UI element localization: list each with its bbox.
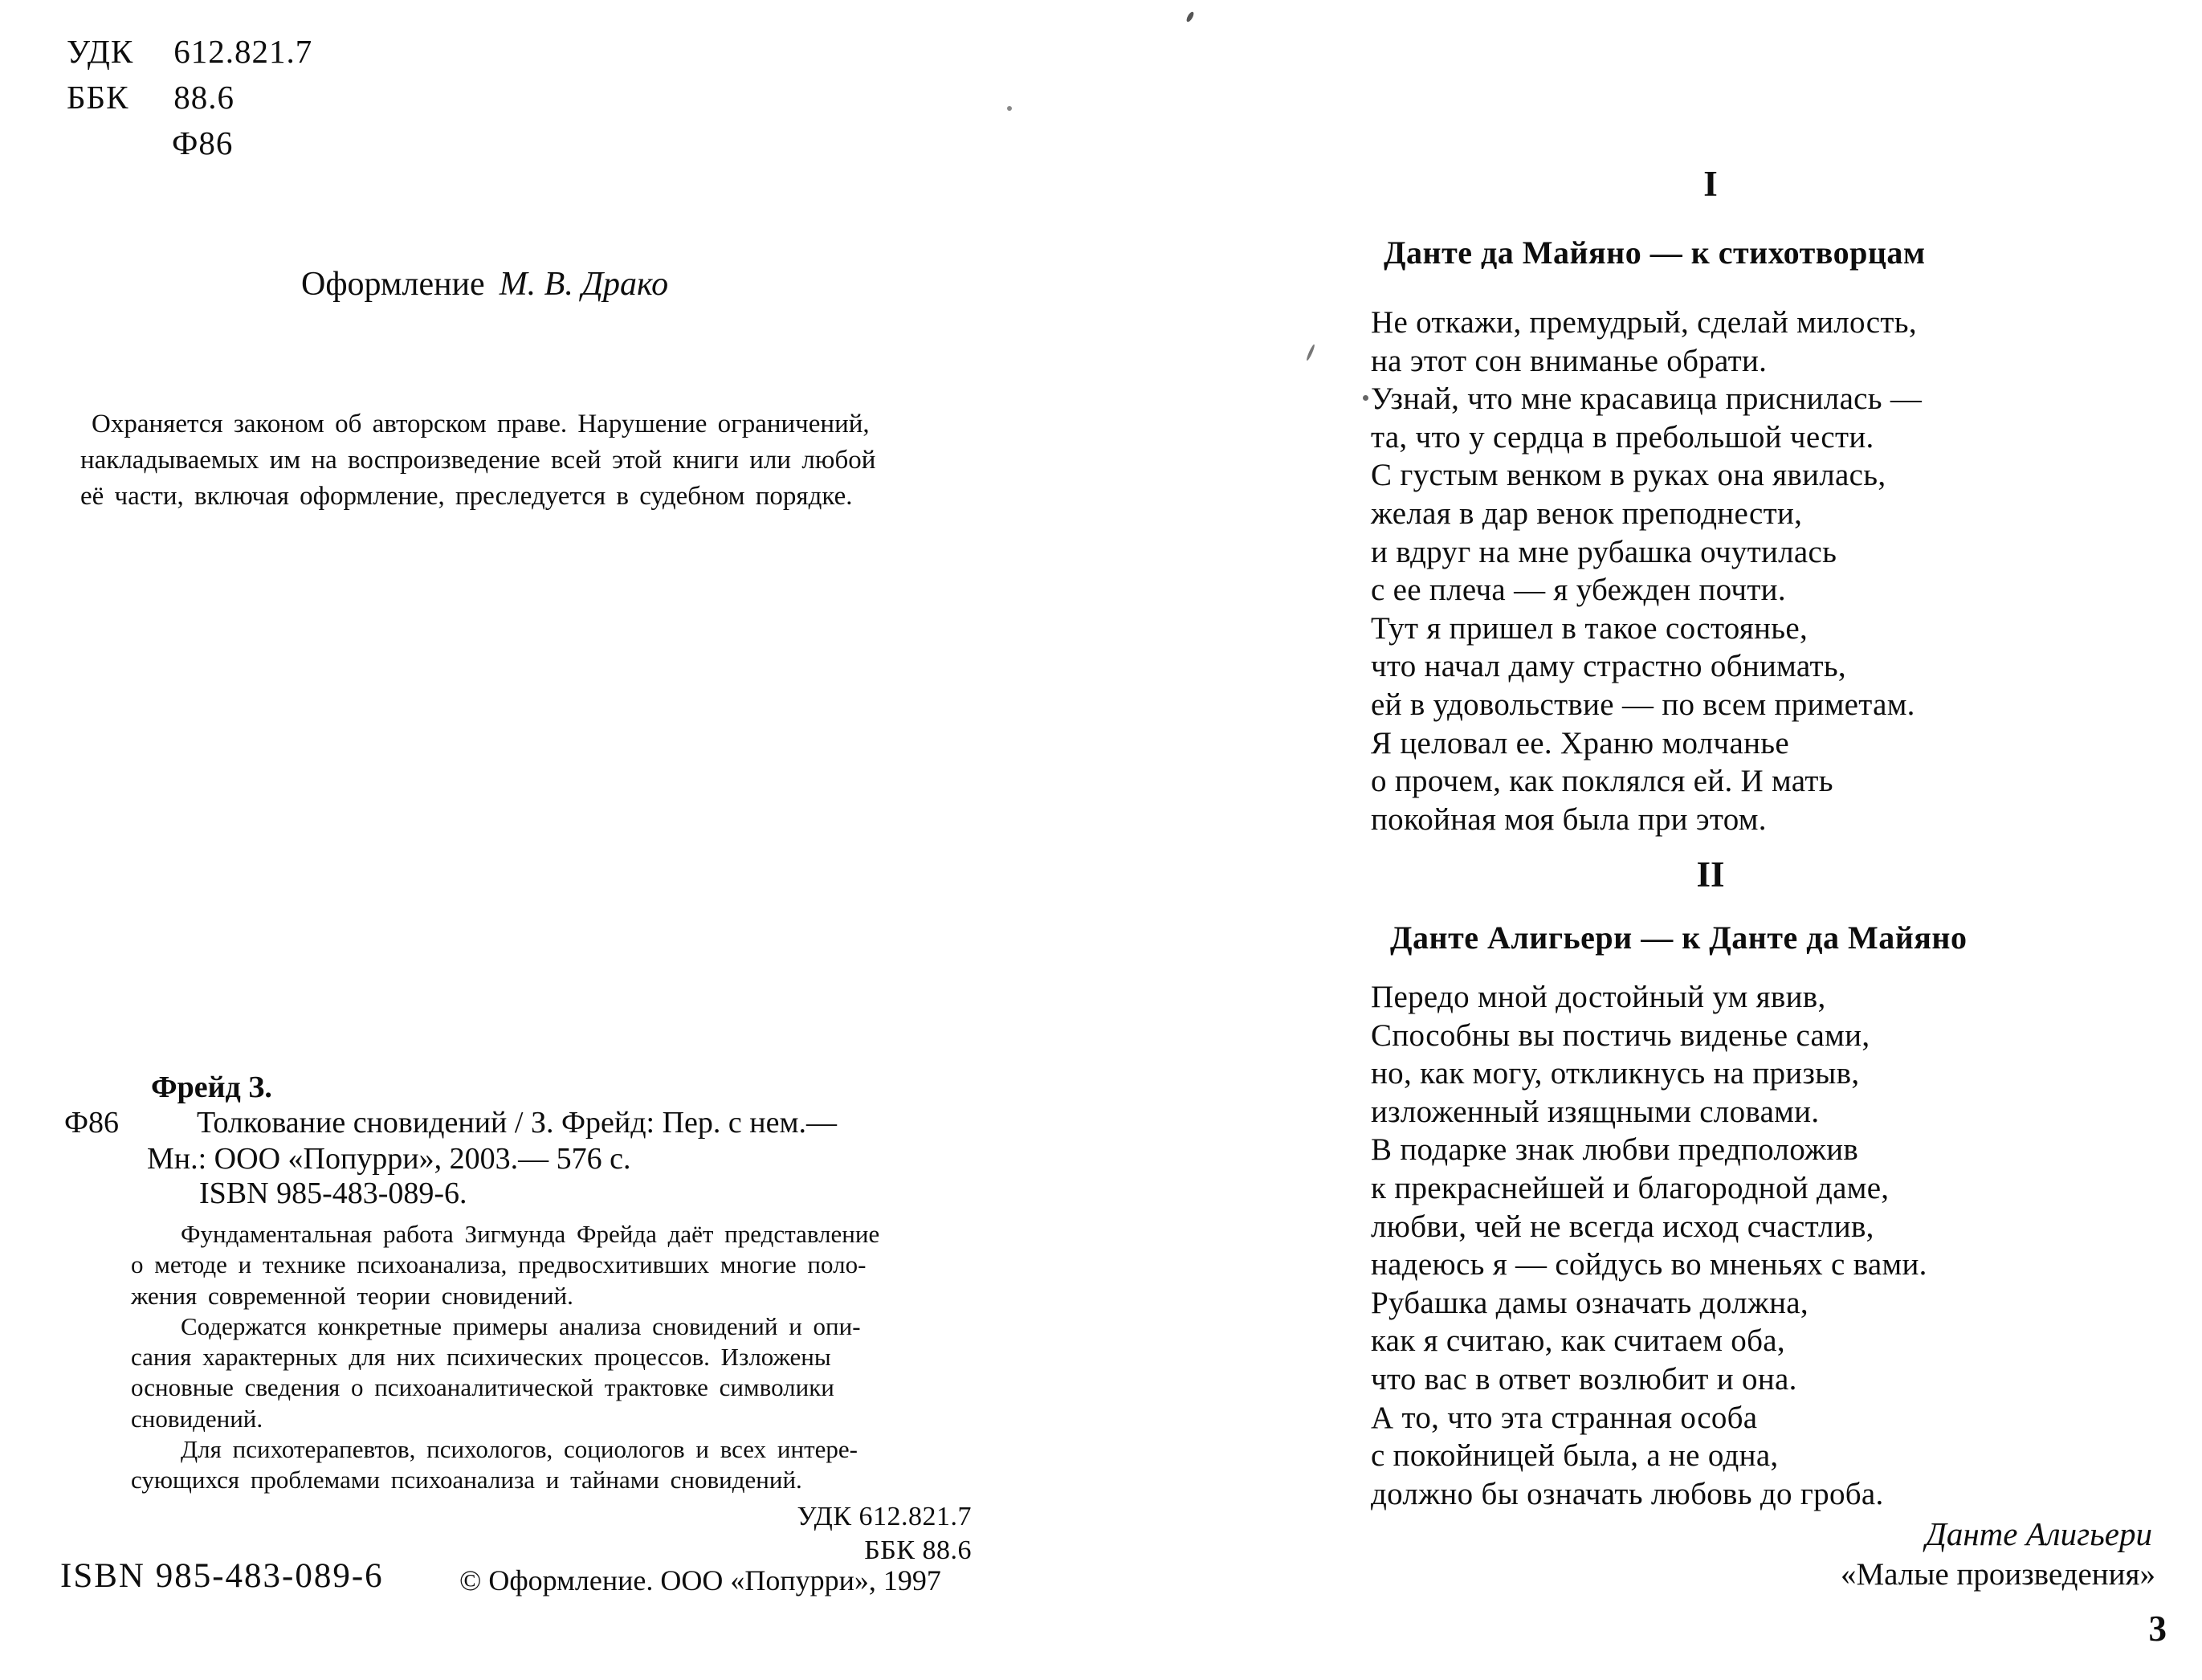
poem-line: с ее плеча — я убежден почти.	[1371, 571, 1922, 610]
attribution-source: «Малые произведения»	[1841, 1556, 2155, 1592]
udk-label: УДК	[67, 29, 165, 75]
annotation-block: Фундаментальная работа Зигмунда Фрейда д…	[131, 1219, 978, 1496]
bbk-label: ББК	[67, 75, 165, 120]
copyright-notice-line: её части, включая оформление, преследует…	[80, 479, 968, 515]
isbn-number: ISBN 985-483-089-6	[60, 1556, 384, 1596]
bbk-value: 88.6	[173, 79, 234, 116]
section-number-1: I	[1365, 163, 2056, 205]
poem-line: та, что у сердца в пребольшой чести.	[1371, 418, 1922, 457]
poem-line: но, как могу, откликнусь на призыв,	[1371, 1054, 1927, 1093]
footer-udk: УДК 612.821.7	[691, 1500, 972, 1534]
poem-line: Передо мной достойный ум явив,	[1371, 978, 1927, 1017]
poem-line: на этот сон вниманье обрати.	[1371, 342, 1922, 381]
poem-line: как я считаю, как считаем оба,	[1371, 1322, 1927, 1360]
udk-row: УДК 612.821.7	[67, 29, 312, 75]
poem-line: о прочем, как поклялся ей. И мать	[1371, 762, 1922, 801]
annotation-line: Для психотерапевтов, психологов, социоло…	[131, 1434, 978, 1465]
poem-line: что вас в ответ возлюбит и она.	[1371, 1360, 1927, 1399]
annotation-line: Содержатся конкретные примеры анализа сн…	[131, 1311, 978, 1342]
poem-line: любви, чей не всегда исход счастлив,	[1371, 1208, 1927, 1246]
annotation-line: сания характерных для них психических пр…	[131, 1342, 978, 1372]
catalog-author: Фрейд З.	[151, 1070, 272, 1105]
annotation-line: сновидений.	[131, 1404, 978, 1434]
poem-line: надеюсь я — сойдусь во мненьях с вами.	[1371, 1246, 1927, 1284]
poem-line: Я целовал ее. Храню молчанье	[1371, 724, 1922, 763]
poem-line: с покойницей была, а не одна,	[1371, 1437, 1927, 1475]
annotation-line: сующихся проблемами психоанализа и тайна…	[131, 1465, 978, 1495]
poem-line: Узнай, что мне красавица приснилась —	[1371, 380, 1922, 418]
copyright-notice: Охраняется законом об авторском праве. Н…	[80, 406, 968, 515]
section-number-2: II	[1365, 854, 2056, 895]
poem-line: что начал даму страстно обнимать,	[1371, 647, 1922, 686]
catalog-author-sign: Ф86	[64, 1105, 119, 1140]
copyright-notice-line: Охраняется законом об авторском праве. Н…	[80, 406, 968, 442]
poem-line: изложенный изящными словами.	[1371, 1093, 1927, 1132]
annotation-line: жения современной теории сновидений.	[131, 1281, 978, 1311]
attribution-author: Данте Алигьери	[1926, 1515, 2152, 1553]
poem-line: желая в дар венок преподнести,	[1371, 495, 1922, 533]
catalog-entry-line: Толкование сновидений / З. Фрейд: Пер. с…	[197, 1105, 837, 1140]
poem-line: покойная моя была при этом.	[1371, 801, 1922, 839]
page-number: 3	[2127, 1608, 2167, 1649]
annotation-line: Фундаментальная работа Зигмунда Фрейда д…	[131, 1219, 978, 1250]
poem-line: С густым венком в руках она явилась,	[1371, 456, 1922, 495]
scan-artifact	[1007, 106, 1012, 111]
poem-line: должно бы означать любовь до гроба.	[1371, 1475, 1927, 1514]
classification-block: УДК 612.821.7 ББК 88.6 Ф86	[67, 29, 312, 166]
poem-line: В подарке знак любви предположив	[1371, 1131, 1927, 1169]
poem-2: Передо мной достойный ум явив, Способны …	[1371, 978, 1927, 1513]
poem-line: и вдруг на мне рубашка очутилась	[1371, 533, 1922, 572]
poem-line: ей в удовольствие — по всем приметам.	[1371, 686, 1922, 724]
author-sign-row: Ф86	[67, 120, 312, 166]
footer-codes-block: УДК 612.821.7 ББК 88.6	[691, 1500, 972, 1568]
udk-value: 612.821.7	[173, 33, 312, 70]
poem-line: Не откажи, премудрый, сделай милость,	[1371, 304, 1922, 342]
annotation-line: основные сведения о психоаналитической т…	[131, 1372, 978, 1403]
copyright-publisher-line: © Оформление. ООО «Попурри», 1997	[459, 1564, 941, 1597]
copyright-notice-line: накладываемых им на воспроизведение всей…	[80, 442, 968, 479]
catalog-isbn-line: ISBN 985-483-089-6.	[199, 1176, 467, 1211]
design-credit-label: Оформление	[301, 266, 485, 303]
author-sign: Ф86	[172, 124, 233, 161]
catalog-entry-line: Мн.: ООО «Попурри», 2003.— 576 с.	[147, 1141, 631, 1176]
poem-1: Не откажи, премудрый, сделай милость, на…	[1371, 304, 1922, 838]
footer-bbk: ББК 88.6	[691, 1534, 972, 1568]
scan-artifact	[1306, 344, 1316, 361]
scan-artifact	[1185, 10, 1195, 22]
designer-name: М. В. Драко	[500, 266, 668, 303]
section-title-2: Данте Алигьери — к Данте да Майяно	[1390, 919, 1967, 956]
bbk-row: ББК 88.6	[67, 75, 312, 120]
poem-line: Способны вы постичь виденье сами,	[1371, 1017, 1927, 1055]
poem-line: Тут я пришел в такое состоянье,	[1371, 610, 1922, 648]
design-credit-line: ОформлениеМ. В. Драко	[301, 265, 668, 304]
book-spread-scan: { "left_page": { "classification": { "ud…	[0, 0, 2202, 1680]
poem-line: А то, что эта странная особа	[1371, 1399, 1927, 1437]
section-title-1: Данте да Майяно — к стихотворцам	[1384, 234, 1926, 271]
poem-line: Рубашка дамы означать должна,	[1371, 1284, 1927, 1323]
annotation-line: о методе и технике психоанализа, предвос…	[131, 1250, 978, 1280]
poem-line: к прекраснейшей и благородной даме,	[1371, 1169, 1927, 1208]
scan-artifact	[1363, 395, 1368, 401]
